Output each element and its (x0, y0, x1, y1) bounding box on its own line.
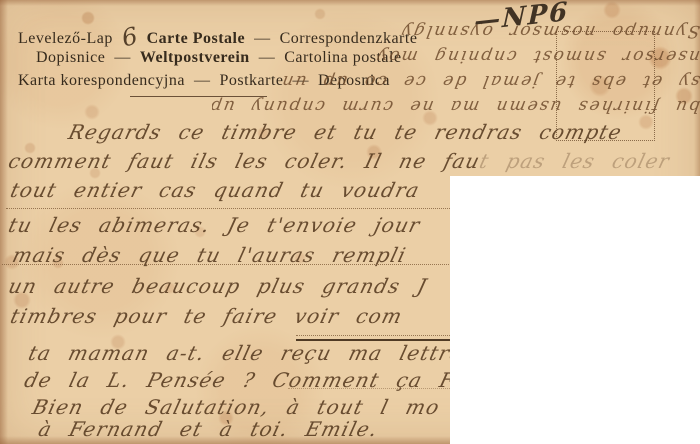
message-line: tu les abimeras. Je t'envoie jour (6, 213, 423, 237)
white-censor-patch (450, 176, 700, 444)
header-dash: — (194, 72, 211, 90)
message-line: tout entier cas quand tu voudra (8, 178, 423, 202)
inverted-line: Synnupo nosmsor oysnnlgy (212, 18, 700, 43)
message-line: Bien de Salutation, à tout l mo (30, 395, 443, 419)
message-line-text: comment faut ils les coler. Il ne fau (6, 149, 483, 173)
handwritten-scribble-6: 6 (119, 22, 140, 53)
inverted-line: sy et ebs te jemal de ce co up un (212, 68, 700, 93)
message-line: un autre beaucoup plus grands J (6, 274, 430, 298)
header-levelezo-lap: Levelező-Lap (18, 30, 113, 48)
message-line: comment faut ils les coler. Il ne faut p… (6, 149, 673, 173)
message-line: timbres pour te faire voir com (8, 304, 405, 328)
header-dash: — (114, 49, 131, 67)
inverted-line: nsersor snmost cnpning moy (212, 43, 700, 68)
inverted-handwriting-block: bu finirhes usemn ma ne curm cnpuny up s… (212, 12, 700, 118)
header-karta-korespondencyjna: Karta korespondencyjna (18, 72, 185, 90)
message-line-faded-tail: t pas les coler (477, 149, 673, 173)
message-line: ta maman a-t. elle reçu ma lettre (26, 341, 466, 365)
postcard-scan: Levelező-Lap 6 Carte Postale — Correspon… (0, 0, 700, 444)
message-line: à Fernand et à toi. Emile. (36, 417, 381, 441)
inverted-line: bu finirhes usemn ma ne curm cnpuny up (212, 93, 700, 118)
message-line: Regards ce timbre et tu te rendras compt… (66, 120, 625, 144)
header-dopisnice: Dopisnice (36, 49, 105, 67)
